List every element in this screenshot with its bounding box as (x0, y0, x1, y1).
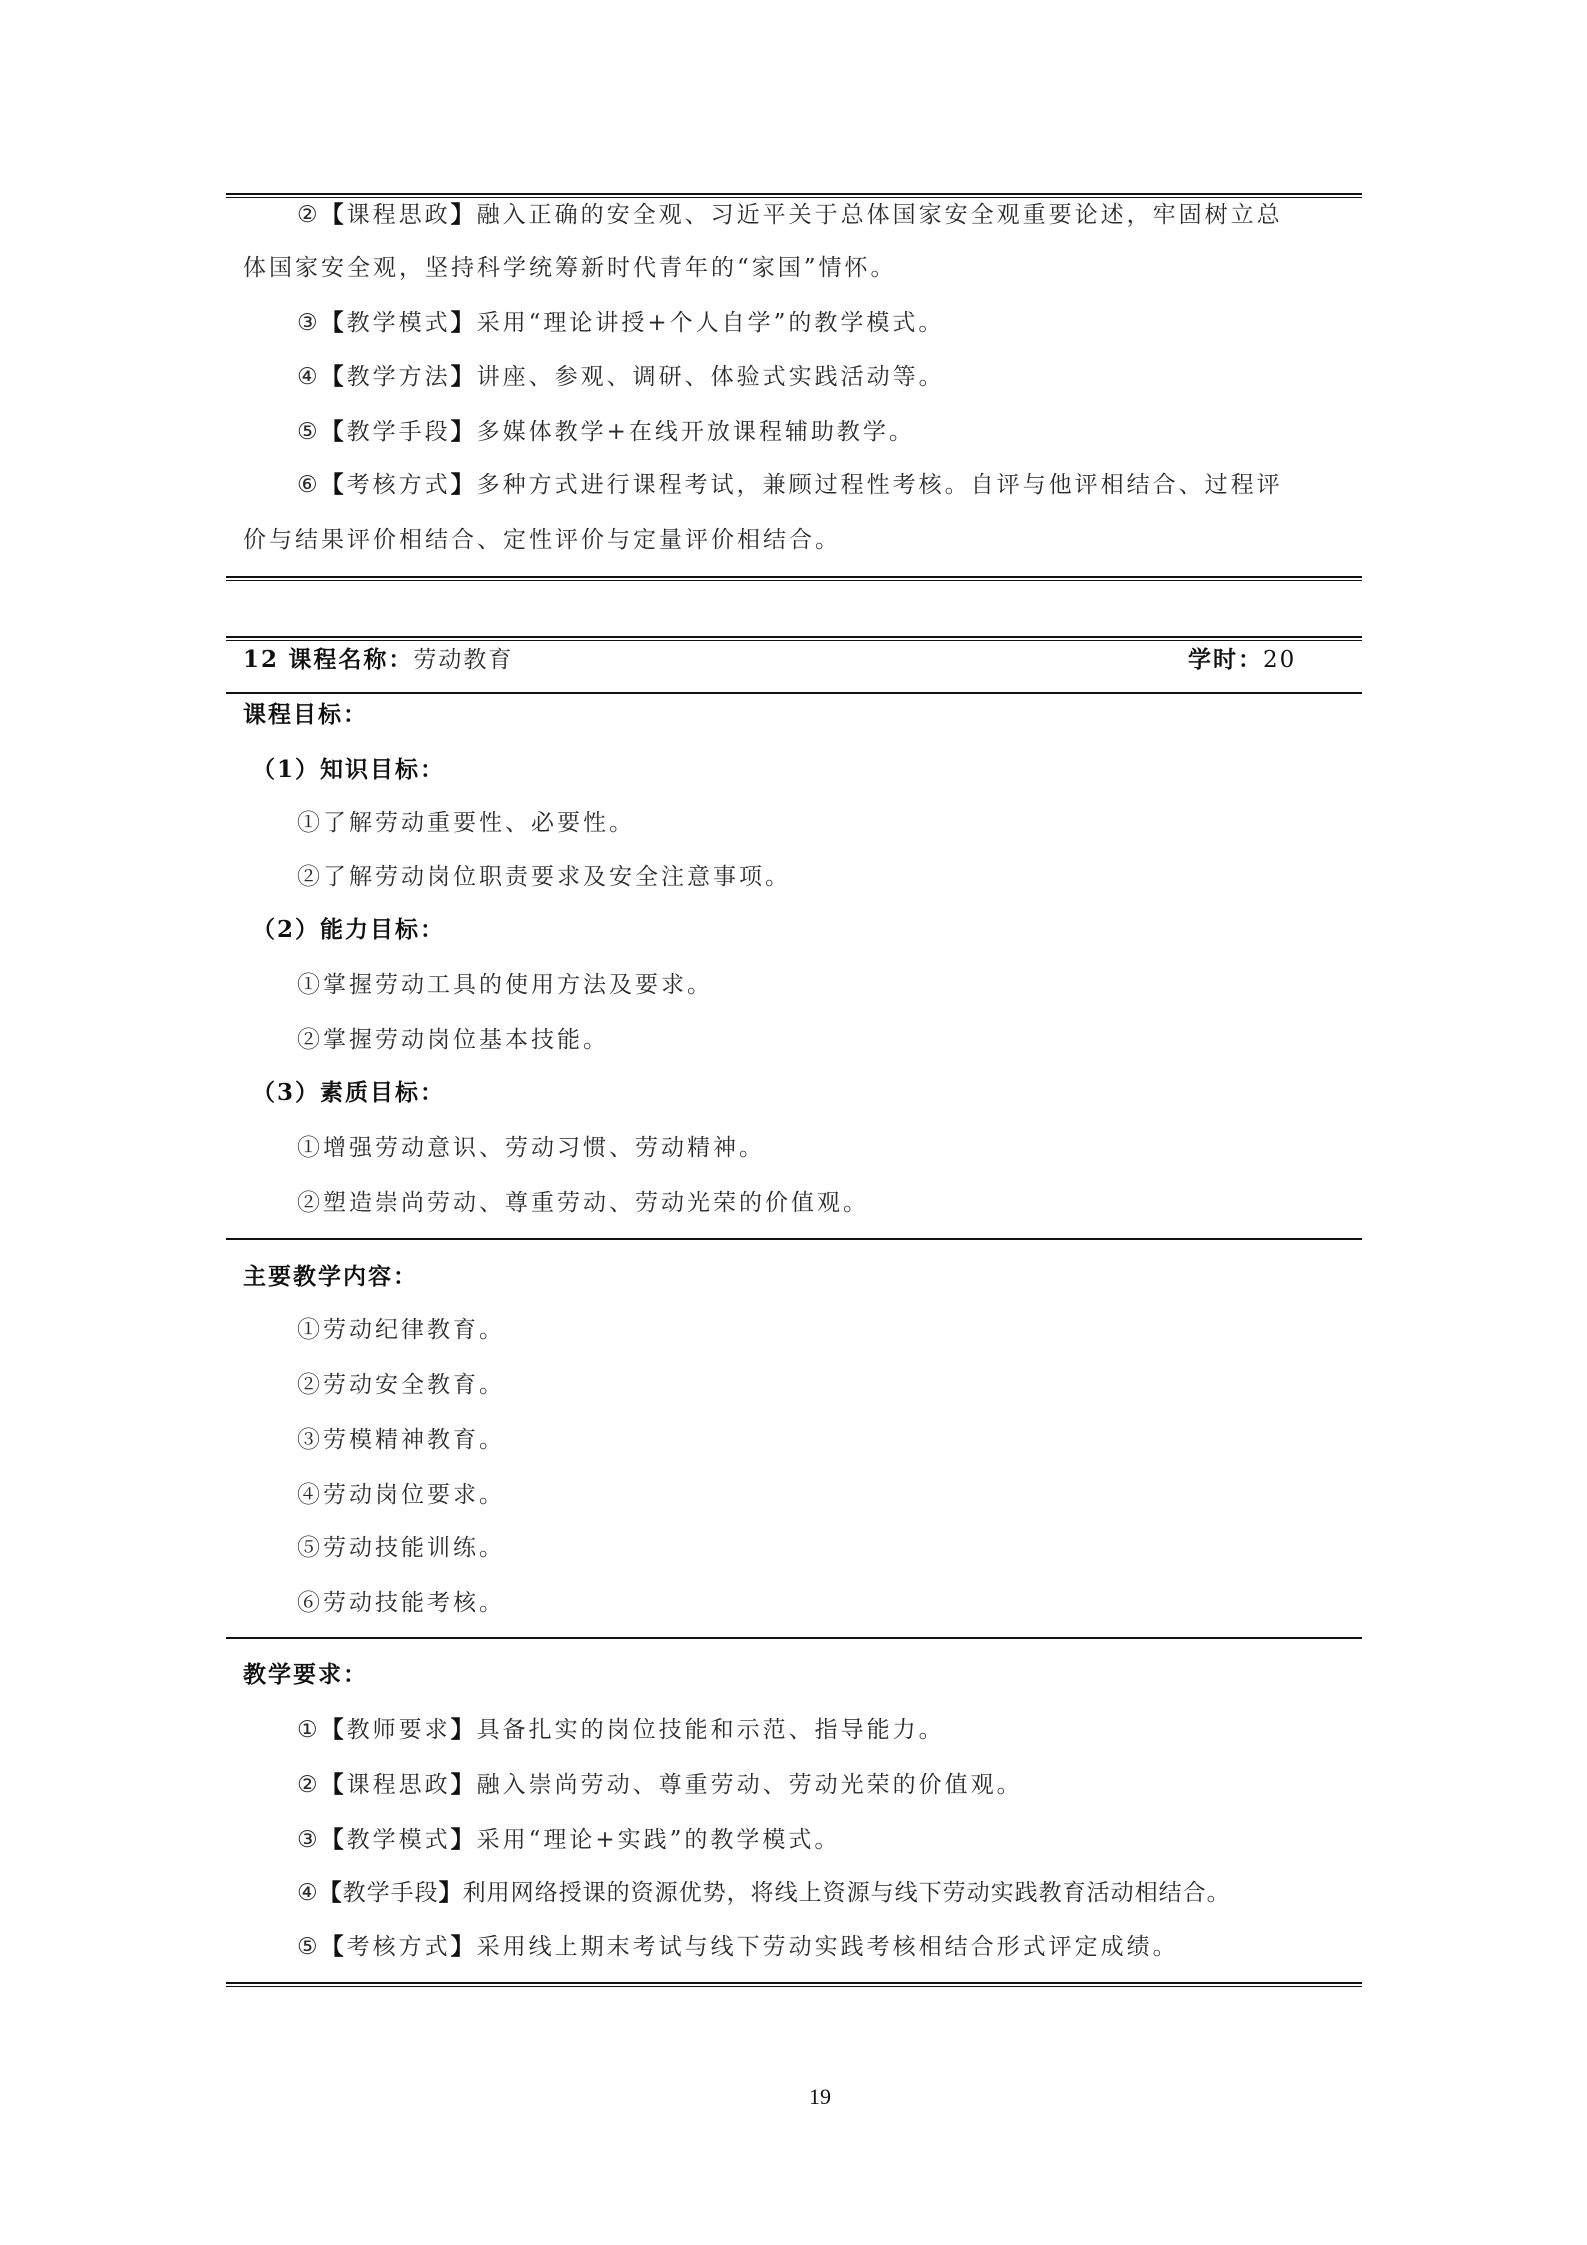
bracket-close: 】 (451, 1933, 477, 1960)
requirement-item: ①【教师要求】具备扎实的岗位技能和示范、指导能力。 (297, 1715, 945, 1745)
item-tag: 教师要求 (347, 1717, 451, 1743)
item-text: 多媒体教学+在线开放课程辅助教学。 (477, 419, 915, 445)
bracket-close: 】 (451, 471, 477, 498)
prev-item-6: ⑥【考核方式】多种方式进行课程考试，兼顾过程性考核。自评与他评相结合、过程评 (297, 470, 1283, 500)
course-hours: 学时：20 (1188, 645, 1296, 675)
bracket-open: 【 (321, 418, 347, 445)
bracket-close: 】 (439, 1879, 463, 1906)
item-text: 采用“理论+实践”的教学模式。 (477, 1827, 841, 1853)
content-item: ③劳模精神教育。 (297, 1425, 505, 1455)
bracket-close: 】 (451, 363, 477, 390)
course-name-label: 课程名称： (288, 646, 413, 673)
item-tag: 课程思政 (347, 202, 451, 228)
item-marker: ③ (297, 310, 321, 336)
requirement-item: ⑤【考核方式】采用线上期末考试与线下劳动实践考核相结合形式评定成绩。 (297, 1932, 1179, 1962)
content-item: ①劳动纪律教育。 (297, 1315, 505, 1345)
item-marker: ⑥ (297, 472, 321, 498)
content-item: ④劳动岗位要求。 (297, 1480, 505, 1510)
hours-value: 20 (1263, 647, 1296, 673)
item-marker: ③ (297, 1827, 321, 1853)
course-header-top-rule (226, 636, 1362, 641)
objective-item: ①掌握劳动工具的使用方法及要求。 (297, 970, 713, 1000)
content-item: ⑥劳动技能考核。 (297, 1588, 505, 1618)
item-tag: 考核方式 (347, 472, 451, 498)
bracket-close: 】 (451, 1826, 477, 1853)
section-top-rule (226, 193, 1362, 198)
objectives-bottom-rule (226, 1238, 1362, 1240)
course-title: 12 课程名称：劳动教育 (243, 645, 513, 675)
bracket-open: 【 (319, 1879, 343, 1906)
item-text: 采用线上期末考试与线下劳动实践考核相结合形式评定成绩。 (477, 1934, 1179, 1960)
bracket-open: 【 (321, 309, 347, 336)
content-item: ⑤劳动技能训练。 (297, 1533, 505, 1563)
prev-item-6-continued: 价与结果评价相结合、定性评价与定量评价相结合。 (243, 525, 841, 555)
prev-item-4: ④【教学方法】讲座、参观、调研、体验式实践活动等。 (297, 362, 945, 392)
bracket-close: 】 (451, 309, 477, 336)
item-text: 讲座、参观、调研、体验式实践活动等。 (477, 364, 945, 390)
bracket-open: 【 (321, 1933, 347, 1960)
objective-item: ②了解劳动岗位职责要求及安全注意事项。 (297, 862, 791, 892)
item-tag: 课程思政 (347, 1772, 451, 1798)
item-text: 融入崇尚劳动、尊重劳动、劳动光荣的价值观。 (477, 1772, 1023, 1798)
item-tag: 教学方法 (347, 364, 451, 390)
item-tag: 教学手段 (343, 1880, 439, 1906)
bracket-open: 【 (321, 1826, 347, 1853)
item-marker: ⑤ (297, 419, 321, 445)
bracket-close: 】 (451, 1716, 477, 1743)
prev-item-2: ②【课程思政】融入正确的安全观、习近平关于总体国家安全观重要论述，牢固树立总 (297, 200, 1283, 230)
objective-item: ②掌握劳动岗位基本技能。 (297, 1025, 609, 1055)
item-tag: 考核方式 (347, 1934, 451, 1960)
content-item: ②劳动安全教育。 (297, 1370, 505, 1400)
objectives-heading: 课程目标： (243, 700, 368, 730)
content-heading: 主要教学内容： (243, 1262, 418, 1292)
bracket-close: 】 (451, 1771, 477, 1798)
bracket-open: 【 (321, 1771, 347, 1798)
bracket-open: 【 (321, 363, 347, 390)
prev-item-5: ⑤【教学手段】多媒体教学+在线开放课程辅助教学。 (297, 417, 915, 447)
requirement-item: ④【教学手段】利用网络授课的资源优势，将线上资源与线下劳动实践教育活动相结合。 (297, 1878, 1231, 1908)
item-tag: 教学模式 (347, 1827, 451, 1853)
objective-group-knowledge: （1）知识目标： (252, 755, 445, 785)
item-marker: ⑤ (297, 1934, 321, 1960)
objective-item: ②塑造崇尚劳动、尊重劳动、劳动光荣的价值观。 (297, 1188, 869, 1218)
item-text: 具备扎实的岗位技能和示范、指导能力。 (477, 1717, 945, 1743)
course-bottom-rule (226, 1982, 1362, 1987)
bracket-open: 【 (321, 471, 347, 498)
item-marker: ④ (297, 1880, 319, 1906)
content-bottom-rule (226, 1637, 1362, 1639)
hours-label: 学时： (1188, 646, 1263, 673)
section-bottom-rule (226, 576, 1362, 581)
item-marker: ④ (297, 364, 321, 390)
course-name: 劳动教育 (413, 647, 513, 673)
requirement-item: ②【课程思政】融入崇尚劳动、尊重劳动、劳动光荣的价值观。 (297, 1770, 1023, 1800)
item-tag: 教学手段 (347, 419, 451, 445)
prev-item-3: ③【教学模式】采用“理论讲授+个人自学”的教学模式。 (297, 308, 944, 338)
requirement-item: ③【教学模式】采用“理论+实践”的教学模式。 (297, 1825, 840, 1855)
objective-group-quality: （3）素质目标： (252, 1078, 445, 1108)
bracket-open: 【 (321, 201, 347, 228)
item-text: 多种方式进行课程考试，兼顾过程性考核。自评与他评相结合、过程评 (477, 472, 1283, 498)
item-marker: ② (297, 1772, 321, 1798)
item-text: 采用“理论讲授+个人自学”的教学模式。 (477, 310, 945, 336)
item-text: 融入正确的安全观、习近平关于总体国家安全观重要论述，牢固树立总 (477, 202, 1283, 228)
bracket-open: 【 (321, 1716, 347, 1743)
objective-item: ①了解劳动重要性、必要性。 (297, 808, 635, 838)
bracket-close: 】 (451, 418, 477, 445)
requirements-heading: 教学要求： (243, 1660, 368, 1690)
item-text: 利用网络授课的资源优势，将线上资源与线下劳动实践教育活动相结合。 (463, 1880, 1231, 1906)
prev-item-2-continued: 体国家安全观，坚持科学统筹新时代青年的“家国”情怀。 (243, 253, 897, 283)
item-marker: ① (297, 1717, 321, 1743)
course-number: 12 (243, 646, 279, 673)
item-marker: ② (297, 202, 321, 228)
bracket-close: 】 (451, 201, 477, 228)
course-header-bottom-rule (226, 692, 1362, 694)
page-number: 19 (800, 2083, 840, 2111)
objective-group-ability: （2）能力目标： (252, 915, 445, 945)
item-tag: 教学模式 (347, 310, 451, 336)
objective-item: ①增强劳动意识、劳动习惯、劳动精神。 (297, 1133, 765, 1163)
